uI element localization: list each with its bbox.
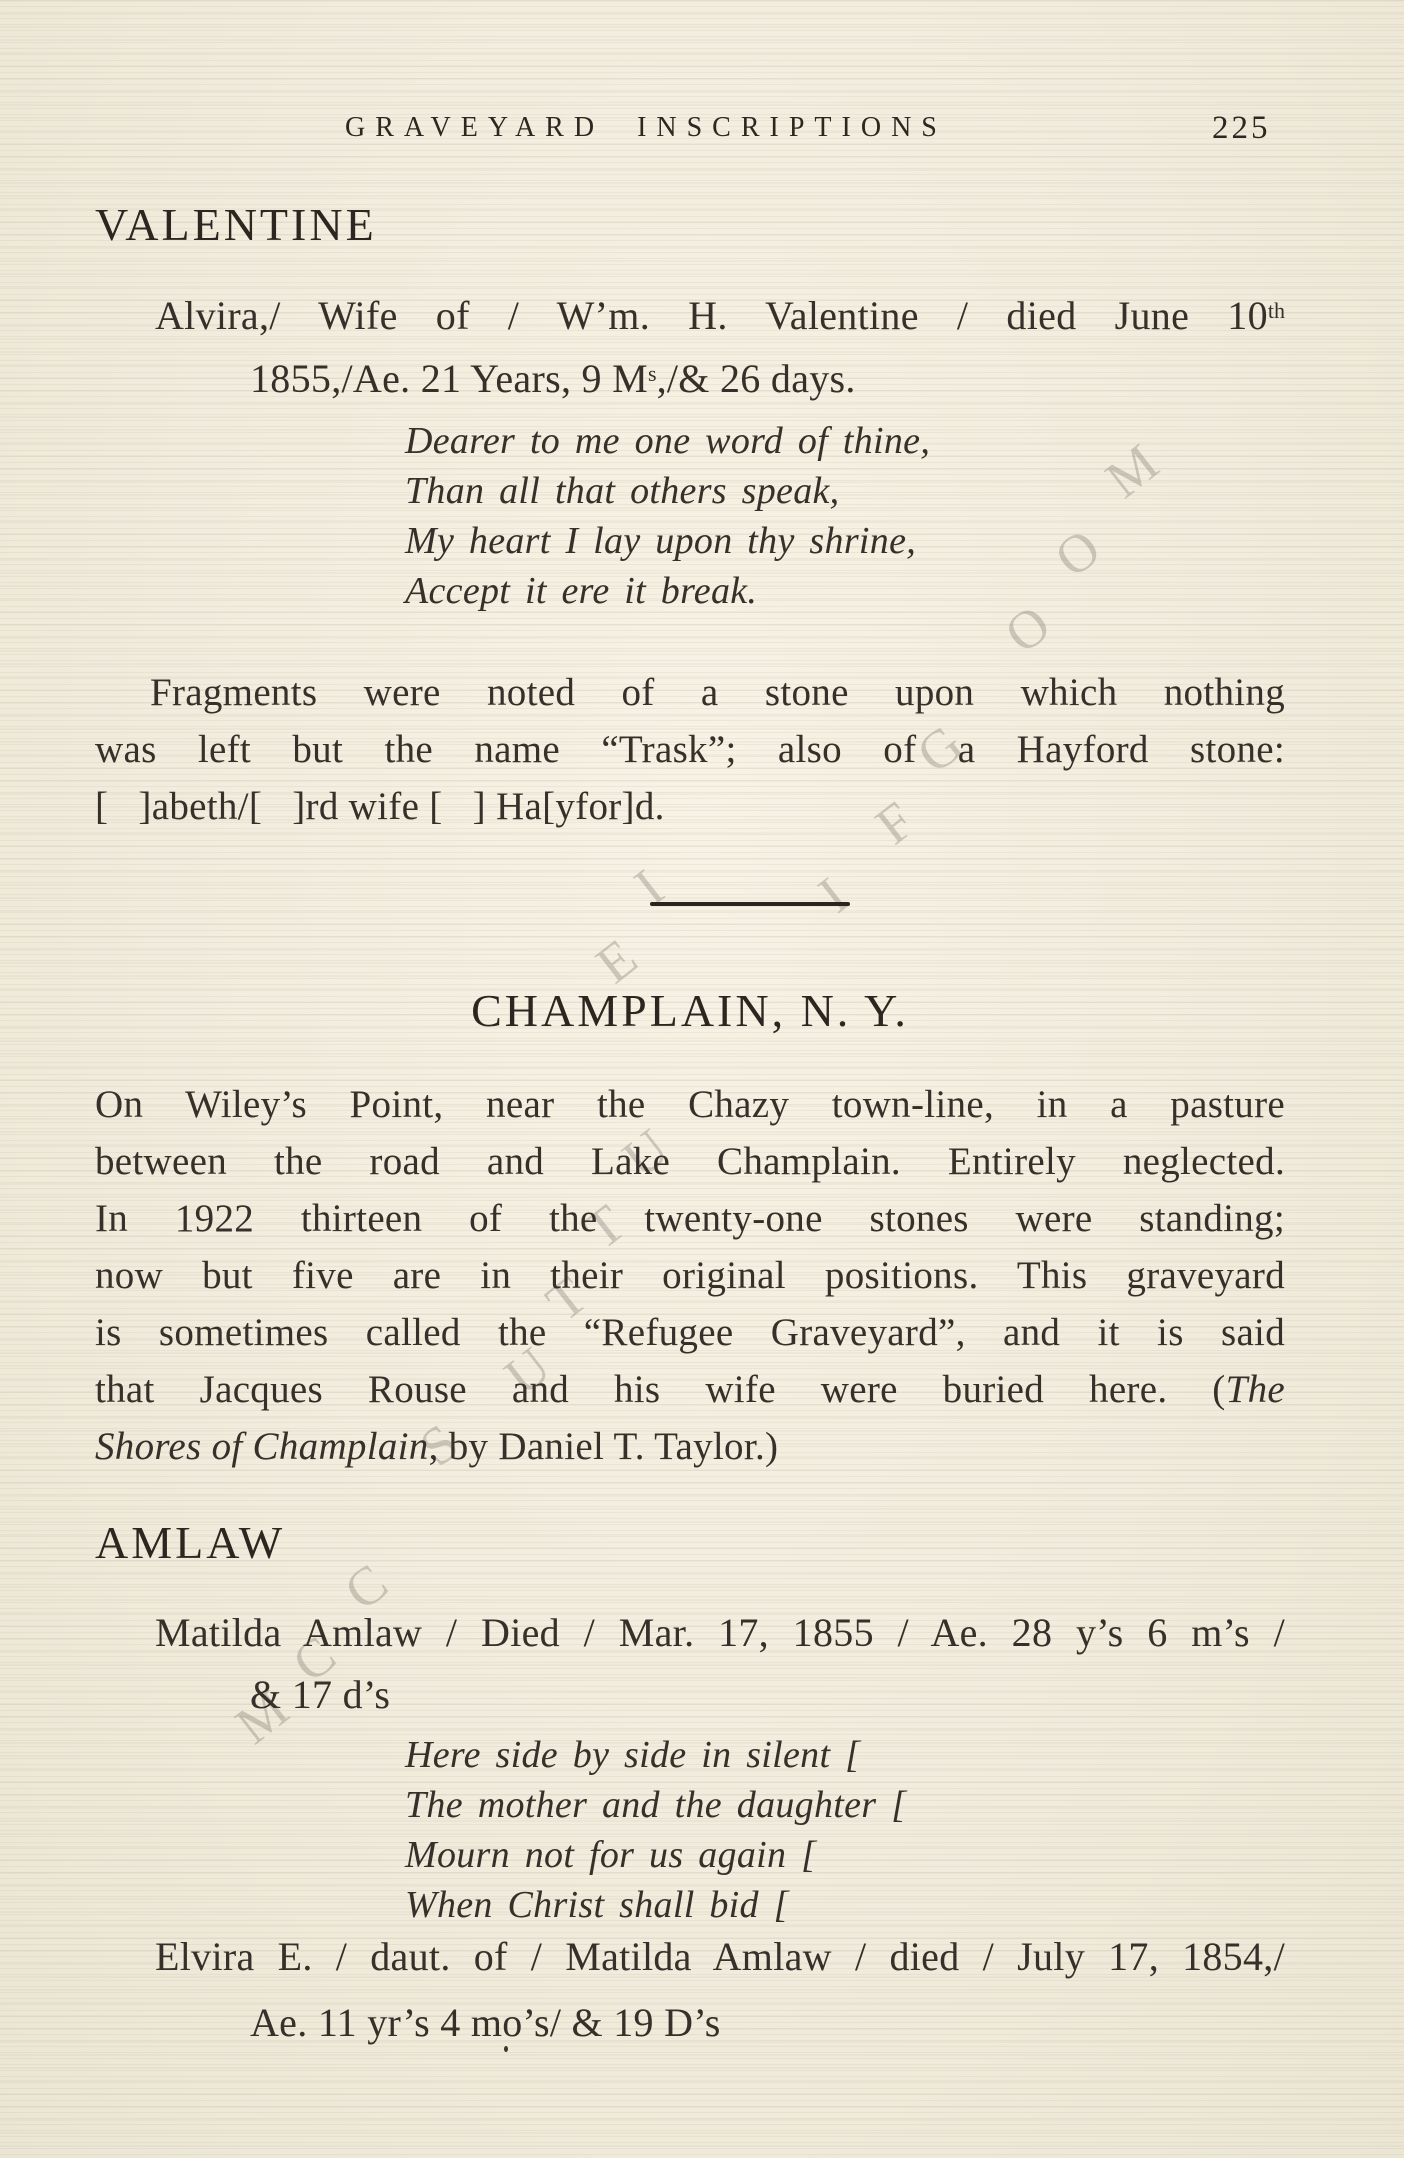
fragments-line3: [ ]abeth/[ ]rd wife [ ] Ha[yfor]d. bbox=[95, 778, 1285, 835]
inscription-matilda-line2: & 17 d’s bbox=[95, 1664, 1285, 1726]
page-number: 225 bbox=[1212, 110, 1271, 147]
verse-line: My heart I lay upon thy shrine, bbox=[405, 516, 1404, 566]
inscription-valentine-line2: 1855,/Ae. 21 Years, 9 Ms,/& 26 days. bbox=[95, 345, 1285, 408]
verse-valentine: Dearer to me one word of thine, Than all… bbox=[95, 416, 1404, 616]
watermark-letter: I bbox=[807, 865, 859, 925]
verse-line: When Christ shall bid [ bbox=[405, 1880, 1404, 1930]
fragments-line2: was left but the name “Trask”; also of a… bbox=[95, 721, 1285, 778]
section-heading-champlain: CHAMPLAIN, N. Y. bbox=[0, 984, 1392, 1037]
verse-line: Dearer to me one word of thine, bbox=[405, 416, 1404, 466]
inscription-elvira: Elvira E. / daut. of / Matilda Amlaw / d… bbox=[95, 1924, 1285, 2056]
champlain-line2: between the road and Lake Champlain. Ent… bbox=[95, 1133, 1285, 1190]
verse-line: The mother and the daughter [ bbox=[405, 1780, 1404, 1830]
champlain-paragraph: On Wiley’s Point, near the Chazy town-li… bbox=[95, 1076, 1285, 1475]
section-heading-valentine: VALENTINE bbox=[95, 198, 1285, 251]
section-heading-amlaw: AMLAW bbox=[95, 1516, 1285, 1569]
section-divider-rule bbox=[650, 902, 850, 906]
champlain-line7: Shores of Champlain, by Daniel T. Taylor… bbox=[95, 1418, 1285, 1475]
champlain-line6-italic: The bbox=[1226, 1368, 1285, 1411]
months-superscript: s bbox=[648, 361, 657, 386]
inscription-valentine-line1-text: Alvira,/ Wife of / W’m. H. Valentine / d… bbox=[155, 293, 1268, 338]
inscription-valentine: Alvira,/ Wife of / W’m. H. Valentine / d… bbox=[95, 282, 1285, 408]
champlain-line1: On Wiley’s Point, near the Chazy town-li… bbox=[95, 1076, 1285, 1133]
champlain-line3: In 1922 thirteen of the twenty-one stone… bbox=[95, 1190, 1285, 1247]
inscription-valentine-line2-pre: 1855,/Ae. 21 Years, 9 M bbox=[250, 356, 648, 401]
verse-line: Mourn not for us again [ bbox=[405, 1830, 1404, 1880]
inscription-valentine-line1: Alvira,/ Wife of / W’m. H. Valentine / d… bbox=[95, 282, 1285, 345]
champlain-line7-plain: , by Daniel T. Taylor.) bbox=[429, 1425, 779, 1468]
fragments-line1: Fragments were noted of a stone upon whi… bbox=[95, 664, 1285, 721]
champlain-line6: that Jacques Rouse and his wife were bur… bbox=[95, 1361, 1285, 1418]
watermark-letter: I bbox=[623, 857, 675, 917]
ordinal-superscript: th bbox=[1268, 298, 1285, 323]
verse-line: Than all that others speak, bbox=[405, 466, 1404, 516]
champlain-line4: now but five are in their original posit… bbox=[95, 1247, 1285, 1304]
inscription-matilda: Matilda Amlaw / Died / Mar. 17, 1855 / A… bbox=[95, 1602, 1285, 1726]
inscription-valentine-line2-post: ,/& 26 days. bbox=[657, 356, 856, 401]
book-page-scan: MOOGFIIEUTTUSCCM GRAVEYARD INSCRIPTIONS … bbox=[0, 0, 1404, 2158]
inscription-elvira-line1: Elvira E. / daut. of / Matilda Amlaw / d… bbox=[95, 1924, 1285, 1990]
verse-line: Here side by side in silent [ bbox=[405, 1730, 1404, 1780]
champlain-line5: is sometimes called the “Refugee Graveya… bbox=[95, 1304, 1285, 1361]
inscription-elvira-line2: Ae. 11 yr’s 4 mo’s/ & 19 D’s bbox=[95, 1990, 1285, 2056]
inscription-matilda-line1: Matilda Amlaw / Died / Mar. 17, 1855 / A… bbox=[95, 1602, 1285, 1664]
verse-line: Accept it ere it break. bbox=[405, 566, 1404, 616]
running-header: GRAVEYARD INSCRIPTIONS bbox=[345, 112, 947, 144]
champlain-line6-plain: that Jacques Rouse and his wife were bur… bbox=[95, 1368, 1226, 1411]
verse-amlaw: Here side by side in silent [ The mother… bbox=[95, 1730, 1404, 1930]
fragments-paragraph: Fragments were noted of a stone upon whi… bbox=[95, 664, 1285, 835]
champlain-line7-italic: Shores of Champlain bbox=[95, 1425, 429, 1468]
